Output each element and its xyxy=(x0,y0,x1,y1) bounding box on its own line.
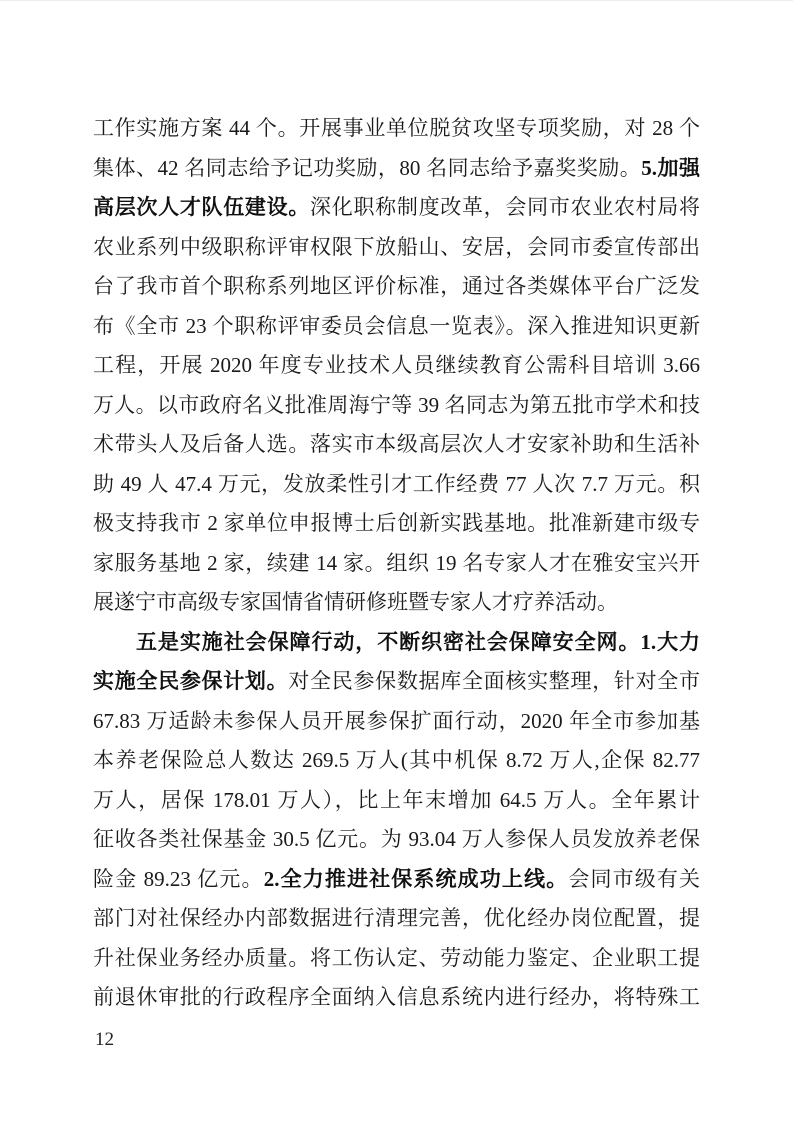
text-line: 工作实施方案 44 个。开展事业单位脱贫攻坚专项奖励，对 28 个 xyxy=(93,109,700,149)
text-line: 征收各类社保基金 30.5 亿元。为 93.04 万人参保人员发放养老保 xyxy=(93,820,700,860)
text-line: 前退休审批的行政程序全面纳入信息系统内进行经办，将特殊工 xyxy=(93,978,700,1018)
text-segment-bold: 5.加强 xyxy=(641,156,700,180)
text-segment: 67.83 万适龄未参保人员开展参保扩面行动，2020 年全市参加基 xyxy=(93,709,700,733)
text-line: 升社保业务经办质量。将工伤认定、劳动能力鉴定、企业职工提 xyxy=(93,939,700,979)
text-line: 助 49 人 47.4 万元，发放柔性引才工作经费 77 人次 7.7 万元。积 xyxy=(93,465,700,505)
text-line: 集体、42 名同志给予记功奖励，80 名同志给予嘉奖奖励。5.加强 xyxy=(93,149,700,189)
text-segment: 深化职称制度改革，会同市农业农村局将 xyxy=(310,195,700,219)
document-page: 工作实施方案 44 个。开展事业单位脱贫攻坚专项奖励，对 28 个集体、42 名… xyxy=(0,0,793,1122)
text-segment: 助 49 人 47.4 万元，发放柔性引才工作经费 77 人次 7.7 万元。积 xyxy=(93,472,700,496)
page-number: 12 xyxy=(95,1029,114,1051)
text-segment: 术带头人及后备人选。落实市本级高层次人才安家补助和生活补 xyxy=(93,432,700,456)
text-segment-bold: 高层次人才队伍建设。 xyxy=(93,195,310,219)
text-segment: 本养老保险总人数达 269.5 万人(其中机保 8.72 万人,企保 82.77 xyxy=(93,748,700,772)
text-line: 部门对社保经办内部数据进行清理完善，优化经办岗位配置，提 xyxy=(93,899,700,939)
text-line: 万人。以市政府名义批准周海宁等 39 名同志为第五批市学术和技 xyxy=(93,386,700,426)
text-segment: 险金 89.23 亿元。 xyxy=(93,867,264,891)
text-line: 台了我市首个职称系列地区评价标准，通过各类媒体平台广泛发 xyxy=(93,267,700,307)
text-block: 工作实施方案 44 个。开展事业单位脱贫攻坚专项奖励，对 28 个集体、42 名… xyxy=(93,109,700,1018)
text-segment: 布《全市 23 个职称评审委员会信息一览表》。深入推进知识更新 xyxy=(93,314,700,338)
text-line: 万人，居保 178.01 万人），比上年末增加 64.5 万人。全年累计 xyxy=(93,781,700,821)
text-segment: 工作实施方案 44 个。开展事业单位脱贫攻坚专项奖励，对 28 个 xyxy=(93,116,700,140)
text-line: 高层次人才队伍建设。深化职称制度改革，会同市农业农村局将 xyxy=(93,188,700,228)
text-line: 本养老保险总人数达 269.5 万人(其中机保 8.72 万人,企保 82.77 xyxy=(93,741,700,781)
text-segment-bold: 实施全民参保计划。 xyxy=(93,669,288,693)
text-line: 险金 89.23 亿元。2.全力推进社保系统成功上线。会同市级有关 xyxy=(93,860,700,900)
text-segment-bold: 2.全力推进社保系统成功上线。 xyxy=(264,867,569,891)
text-segment: 台了我市首个职称系列地区评价标准，通过各类媒体平台广泛发 xyxy=(93,274,700,298)
text-segment: 工程，开展 2020 年度专业技术人员继续教育公需科目培训 3.66 xyxy=(93,353,700,377)
text-line: 家服务基地 2 家，续建 14 家。组织 19 名专家人才在雅安宝兴开 xyxy=(93,544,700,584)
text-segment: 集体、42 名同志给予记功奖励，80 名同志给予嘉奖奖励。 xyxy=(93,156,641,180)
text-segment: 展遂宁市高级专家国情省情研修班暨专家人才疗养活动。 xyxy=(93,590,618,614)
text-segment: 升社保业务经办质量。将工伤认定、劳动能力鉴定、企业职工提 xyxy=(93,946,700,970)
text-line: 布《全市 23 个职称评审委员会信息一览表》。深入推进知识更新 xyxy=(93,307,700,347)
text-line: 五是实施社会保障行动，不断织密社会保障安全网。1.大力 xyxy=(93,623,700,663)
text-segment: 万人，居保 178.01 万人），比上年末增加 64.5 万人。全年累计 xyxy=(93,788,700,812)
text-segment: 万人。以市政府名义批准周海宁等 39 名同志为第五批市学术和技 xyxy=(93,393,700,417)
text-line: 工程，开展 2020 年度专业技术人员继续教育公需科目培训 3.66 xyxy=(93,346,700,386)
text-line: 农业系列中级职称评审权限下放船山、安居，会同市委宣传部出 xyxy=(93,228,700,268)
text-segment: 会同市级有关 xyxy=(568,867,700,891)
text-segment: 农业系列中级职称评审权限下放船山、安居，会同市委宣传部出 xyxy=(93,235,700,259)
text-line: 术带头人及后备人选。落实市本级高层次人才安家补助和生活补 xyxy=(93,425,700,465)
text-segment: 对全民参保数据库全面核实整理，针对全市 xyxy=(288,669,700,693)
text-line: 极支持我市 2 家单位申报博士后创新实践基地。批准新建市级专 xyxy=(93,504,700,544)
text-line: 展遂宁市高级专家国情省情研修班暨专家人才疗养活动。 xyxy=(93,583,700,623)
text-line: 实施全民参保计划。对全民参保数据库全面核实整理，针对全市 xyxy=(93,662,700,702)
text-segment: 部门对社保经办内部数据进行清理完善，优化经办岗位配置，提 xyxy=(93,906,700,930)
text-segment: 极支持我市 2 家单位申报博士后创新实践基地。批准新建市级专 xyxy=(93,511,700,535)
text-line: 67.83 万适龄未参保人员开展参保扩面行动，2020 年全市参加基 xyxy=(93,702,700,742)
text-segment: 家服务基地 2 家，续建 14 家。组织 19 名专家人才在雅安宝兴开 xyxy=(93,551,700,575)
text-segment: 征收各类社保基金 30.5 亿元。为 93.04 万人参保人员发放养老保 xyxy=(93,827,700,851)
text-segment-bold: 五是实施社会保障行动，不断织密社会保障安全网。1.大力 xyxy=(136,630,700,654)
text-segment: 前退休审批的行政程序全面纳入信息系统内进行经办，将特殊工 xyxy=(93,985,700,1009)
